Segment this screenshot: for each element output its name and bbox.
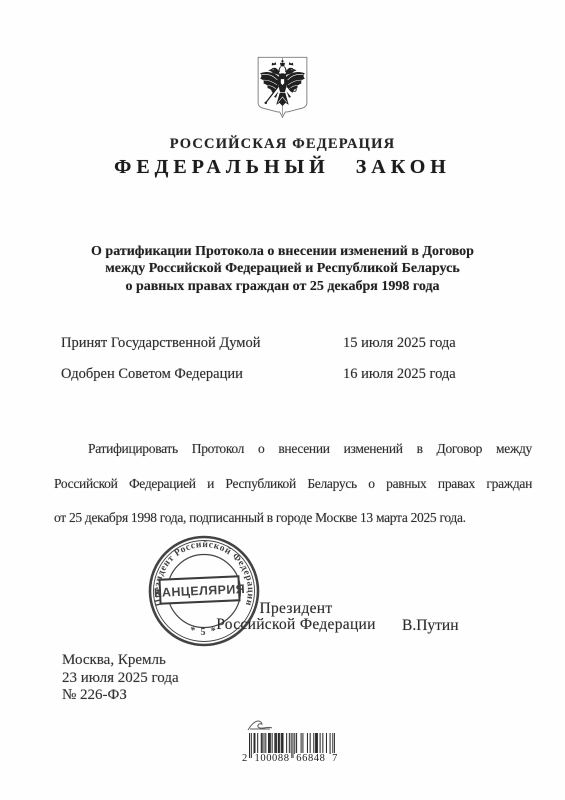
issuance-block: Москва, Кремль 23 июля 2025 года № 226-Ф… xyxy=(62,652,179,705)
handwritten-mark xyxy=(246,717,274,733)
signature-name: В.Путин xyxy=(402,617,459,635)
document-type-heading: ФЕДЕРАЛЬНЫЙ ЗАКОН xyxy=(0,156,565,179)
law-body-paragraph: Ратифицировать Протокол о внесении измен… xyxy=(54,432,532,536)
svg-text:* 5 *: * 5 * xyxy=(188,625,219,638)
barcode-group1: 100088 xyxy=(254,753,291,764)
scanned-law-document: РОССИЙСКАЯ ФЕДЕРАЦИЯ ФЕДЕРАЛЬНЫЙ ЗАКОН О… xyxy=(0,0,565,800)
place-line: Москва, Кремль xyxy=(62,652,179,670)
body-line: Российской Федерацией и Республикой Бела… xyxy=(54,467,532,502)
adoption-block: Принят Государственной Думой 15 июля 202… xyxy=(61,336,511,398)
stamp-number-text: * 5 * xyxy=(188,625,219,638)
body-line: от 25 декабря 1998 года, подписанный в г… xyxy=(54,501,532,536)
adoption-date: 16 июля 2025 года xyxy=(343,367,456,382)
chancellery-stamp: Президент Российской Федерации * 5 * КАН… xyxy=(146,533,262,649)
barcode-digits: 2 100088 66848 7 xyxy=(241,753,339,764)
coat-of-arms-icon xyxy=(254,55,311,123)
law-title-line: О ратификации Протокола о внесении измен… xyxy=(0,243,565,260)
law-title-line: между Российской Федерацией и Республико… xyxy=(0,260,565,277)
date-line: 23 июля 2025 года xyxy=(62,670,179,688)
body-line: Ратифицировать Протокол о внесении измен… xyxy=(54,432,532,467)
adoption-row-duma: Принят Государственной Думой 15 июля 202… xyxy=(61,336,511,351)
adoption-label: Принят Государственной Думой xyxy=(61,336,343,351)
law-number: № 226-ФЗ xyxy=(62,687,179,705)
barcode-left-digit: 2 xyxy=(241,753,249,764)
law-title-line: о равных правах граждан от 25 декабря 19… xyxy=(0,278,565,295)
law-title: О ратификации Протокола о внесении измен… xyxy=(0,243,565,295)
adoption-label: Одобрен Советом Федерации xyxy=(61,367,343,382)
barcode-group2: 66848 xyxy=(295,753,326,764)
country-name: РОССИЙСКАЯ ФЕДЕРАЦИЯ xyxy=(0,136,565,153)
adoption-row-federation-council: Одобрен Советом Федерации 16 июля 2025 г… xyxy=(61,367,511,382)
adoption-date: 15 июля 2025 года xyxy=(343,336,456,351)
barcode-right-digit: 7 xyxy=(331,753,339,764)
stamp-center-box: КАНЦЕЛЯРИЯ xyxy=(153,576,245,604)
